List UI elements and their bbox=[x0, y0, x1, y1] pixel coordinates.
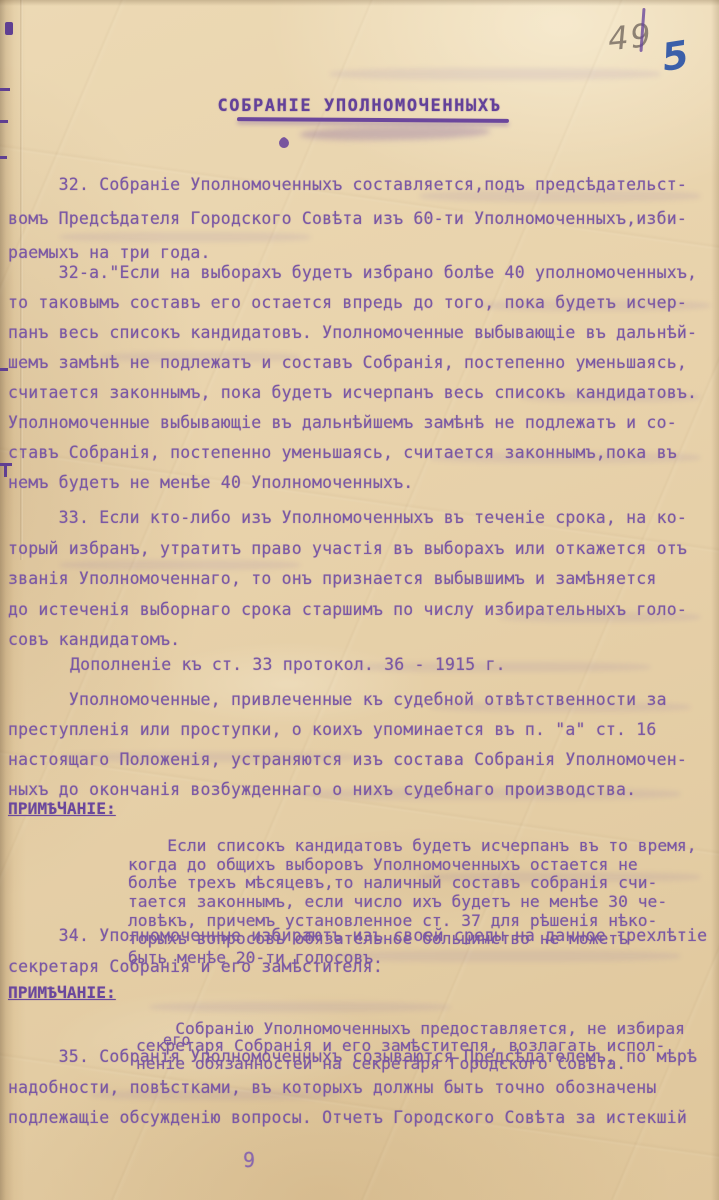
stamp-smudge bbox=[300, 124, 490, 141]
paragraph-35: 35. Собранія Уполномоченныхъ созываются … bbox=[8, 1042, 710, 1134]
document-page: 49 5 СОБРАНІЕ УПОЛНОМОЧЕННЫХЪ 32. Собран… bbox=[0, 0, 719, 1200]
margin-ink-mark bbox=[0, 156, 7, 159]
handwritten-folio-ink: 5 bbox=[659, 32, 692, 80]
margin-ink-mark bbox=[5, 22, 13, 35]
margin-ink-mark bbox=[4, 463, 7, 477]
page-right-edge bbox=[711, 0, 719, 1200]
paragraph-32: 32. Собраніе Уполномоченныхъ составляетс… bbox=[8, 168, 710, 270]
paragraph-34: 34. Уполномоченные избираютъ изъ своей с… bbox=[8, 920, 710, 982]
page-number: 9 bbox=[243, 1148, 255, 1172]
margin-ink-mark bbox=[0, 88, 10, 91]
addendum-heading: Дополненіе къ ст. 33 протокол. 36 - 1915… bbox=[70, 648, 710, 682]
bleed-through-smudge bbox=[330, 68, 660, 80]
handwritten-folio-pencil: 49 bbox=[606, 16, 654, 58]
document-title: СОБРАНІЕ УПОЛНОМОЧЕННЫХЪ bbox=[0, 96, 719, 116]
paragraph-32a: 32-а."Если на выборахъ будетъ избрано бо… bbox=[8, 258, 710, 498]
addendum-paragraph: Уполномоченные, привлеченные къ судебной… bbox=[8, 685, 710, 805]
note-2-label: ПРИМѢЧАНІЕ: bbox=[8, 984, 116, 1002]
margin-ink-mark bbox=[0, 120, 8, 123]
ink-blot bbox=[277, 136, 291, 150]
note-1-label: ПРИМѢЧАНІЕ: bbox=[8, 800, 116, 819]
title-underline bbox=[237, 117, 509, 122]
paragraph-33: 33. Если кто-либо изъ Уполномоченныхъ въ… bbox=[8, 503, 710, 656]
margin-ink-mark bbox=[0, 368, 8, 371]
page-top-edge bbox=[0, 0, 719, 6]
